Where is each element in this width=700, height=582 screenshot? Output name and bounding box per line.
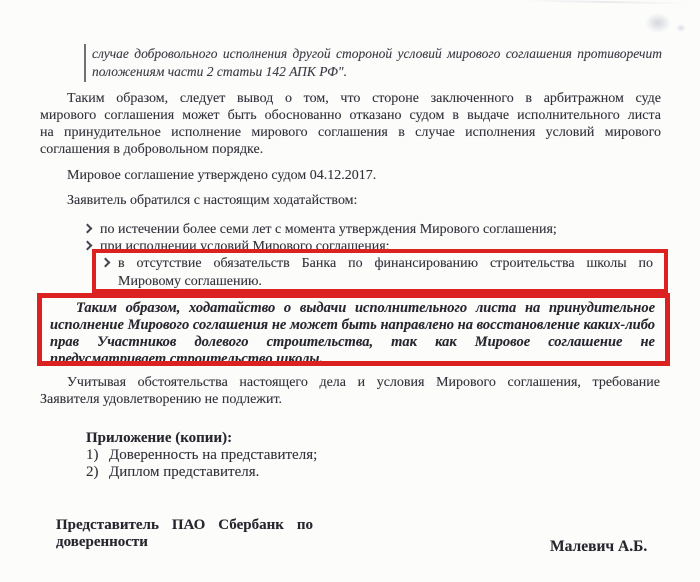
paragraph-motion-intro: Заявитель обратился с настоящим ходатайс…	[67, 192, 357, 209]
signature-name: Малевич А.Б.	[550, 538, 647, 556]
attachment-number: 2)	[86, 464, 109, 481]
signature-role: Представитель ПАО Сбербанк по довереннос…	[56, 517, 313, 551]
text-line: положениям части 2 статьи 142 АПК РФ".	[92, 63, 662, 81]
attachment-item: 1)Доверенность на представителя;	[86, 447, 317, 464]
arrow-right-icon	[83, 241, 93, 251]
text-line: на принудительное исполнение мирового со…	[40, 124, 661, 141]
scan-streak-artifact	[520, 0, 690, 4]
arrow-right-icon	[83, 224, 93, 234]
attachment-text: Доверенность на представителя;	[109, 447, 317, 463]
bullet-item: по истечении более семи лет с момента ут…	[84, 221, 656, 238]
text-line: случае добровольного исполнения другой с…	[92, 45, 662, 63]
attachment-item: 2)Диплом представителя.	[86, 464, 259, 481]
paragraph-court-conclusion: Таким образом, следует вывод о том, что …	[40, 90, 661, 158]
text-line: доверенности	[56, 534, 313, 551]
attachment-text: Диплом представителя.	[109, 464, 259, 480]
text-line: Представитель ПАО Сбербанк по	[56, 517, 313, 534]
paragraph-considering: Учитывая обстоятельства настоящего дела …	[40, 374, 660, 408]
text-line: соглашения в добровольном порядке.	[40, 141, 661, 158]
red-annotation-box-conclusion	[37, 293, 670, 366]
quoted-statute-block: случае добровольного исполнения другой с…	[84, 44, 662, 82]
paragraph-approval-date: Мировое соглашение утверждено судом 04.1…	[67, 167, 376, 184]
red-annotation-box-bullet	[92, 249, 668, 293]
text-line: Заявителя удовлетворению не подлежит.	[40, 391, 660, 408]
text-line: Таким образом, следует вывод о том, что …	[40, 90, 661, 107]
text-line: Учитывая обстоятельства настоящего дела …	[40, 374, 660, 391]
scanned-legal-document: случае добровольного исполнения другой с…	[0, 0, 700, 582]
bullet-text: по истечении более семи лет с момента ут…	[100, 221, 656, 238]
scan-smudge-artifact	[676, 24, 686, 32]
scan-smudge-artifact	[645, 13, 671, 33]
text-line: мирового соглашения может быть обоснован…	[40, 107, 661, 124]
attachments-heading: Приложение (копии):	[86, 430, 232, 447]
attachment-number: 1)	[86, 447, 109, 464]
